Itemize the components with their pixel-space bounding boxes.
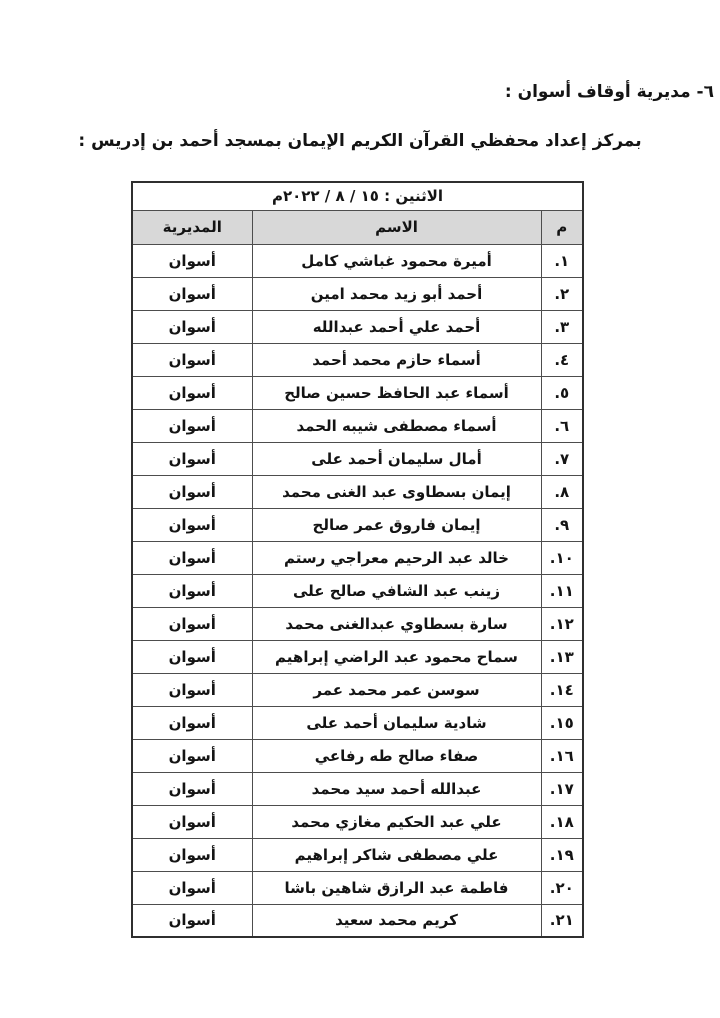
row-serial: ١٩. <box>541 838 583 871</box>
row-directorate: أسوان <box>132 640 252 673</box>
table-row: ١٦.صفاء صالح طه رفاعيأسوان <box>132 739 583 772</box>
row-name: أحمد علي أحمد عبدالله <box>252 310 541 343</box>
row-name: أسماء حازم محمد أحمد <box>252 343 541 376</box>
row-directorate: أسوان <box>132 739 252 772</box>
row-serial: ١. <box>541 244 583 277</box>
section-title: ٦- مديرية أوقاف أسوان : <box>505 82 714 102</box>
row-name: إيمان فاروق عمر صالح <box>252 508 541 541</box>
table-row: ٥.أسماء عبد الحافظ حسين صالحأسوان <box>132 376 583 409</box>
row-directorate: أسوان <box>132 541 252 574</box>
row-name: أسماء مصطفى شيبه الحمد <box>252 409 541 442</box>
row-directorate: أسوان <box>132 871 252 904</box>
table-row: ١٢.سارة بسطاوي عبدالغنى محمدأسوان <box>132 607 583 640</box>
roster-table: الاثنين : ١٥ / ٨ / ٢٠٢٢م م الاسم المديري… <box>131 181 584 938</box>
table-row: ١١.زينب عبد الشافي صالح علىأسوان <box>132 574 583 607</box>
row-name: شادية سليمان أحمد على <box>252 706 541 739</box>
row-directorate: أسوان <box>132 574 252 607</box>
row-directorate: أسوان <box>132 673 252 706</box>
table-row: ٤.أسماء حازم محمد أحمدأسوان <box>132 343 583 376</box>
row-serial: ٢. <box>541 277 583 310</box>
row-directorate: أسوان <box>132 376 252 409</box>
row-name: عبدالله أحمد سيد محمد <box>252 772 541 805</box>
table-row: ٩.إيمان فاروق عمر صالحأسوان <box>132 508 583 541</box>
row-serial: ١١. <box>541 574 583 607</box>
row-directorate: أسوان <box>132 244 252 277</box>
row-serial: ١٧. <box>541 772 583 805</box>
row-name: علي مصطفى شاكر إبراهيم <box>252 838 541 871</box>
row-name: سوسن عمر محمد عمر <box>252 673 541 706</box>
row-serial: ٩. <box>541 508 583 541</box>
table-row: ١٧.عبدالله أحمد سيد محمدأسوان <box>132 772 583 805</box>
center-subtitle: بمركز إعداد محفظي القرآن الكريم الإيمان … <box>0 131 720 151</box>
row-directorate: أسوان <box>132 904 252 937</box>
row-serial: ٧. <box>541 442 583 475</box>
row-serial: ٨. <box>541 475 583 508</box>
table-row: ٧.أمال سليمان أحمد علىأسوان <box>132 442 583 475</box>
row-directorate: أسوان <box>132 409 252 442</box>
table-row: ٦.أسماء مصطفى شيبه الحمدأسوان <box>132 409 583 442</box>
table-row: ١٨.علي عبد الحكيم مغازي محمدأسوان <box>132 805 583 838</box>
table-row: ٢.أحمد أبو زيد محمد امينأسوان <box>132 277 583 310</box>
table-row: ٣.أحمد علي أحمد عبداللهأسوان <box>132 310 583 343</box>
row-serial: ١٨. <box>541 805 583 838</box>
row-name: علي عبد الحكيم مغازي محمد <box>252 805 541 838</box>
table-row: ٨.إيمان بسطاوى عبد الغنى محمدأسوان <box>132 475 583 508</box>
row-serial: ٢٠. <box>541 871 583 904</box>
row-directorate: أسوان <box>132 508 252 541</box>
roster-table-body: ١.أميرة محمود غباشي كاملأسوان٢.أحمد أبو … <box>132 244 583 937</box>
column-header-serial: م <box>541 210 583 244</box>
row-name: فاطمة عبد الرازق شاهين باشا <box>252 871 541 904</box>
row-name: إيمان بسطاوى عبد الغنى محمد <box>252 475 541 508</box>
row-name: أمال سليمان أحمد على <box>252 442 541 475</box>
table-row: ٢٠.فاطمة عبد الرازق شاهين باشاأسوان <box>132 871 583 904</box>
row-serial: ٢١. <box>541 904 583 937</box>
row-name: سماح محمود عبد الراضي إبراهيم <box>252 640 541 673</box>
row-serial: ١٤. <box>541 673 583 706</box>
table-row: ١٠.خالد عبد الرحيم معراجي رستمأسوان <box>132 541 583 574</box>
row-directorate: أسوان <box>132 706 252 739</box>
row-name: زينب عبد الشافي صالح على <box>252 574 541 607</box>
row-directorate: أسوان <box>132 343 252 376</box>
table-row: ١٤.سوسن عمر محمد عمرأسوان <box>132 673 583 706</box>
row-directorate: أسوان <box>132 838 252 871</box>
table-row: ٢١.كريم محمد سعيدأسوان <box>132 904 583 937</box>
document-page: ٦- مديرية أوقاف أسوان : بمركز إعداد محفظ… <box>0 0 720 1018</box>
table-row: ١.أميرة محمود غباشي كاملأسوان <box>132 244 583 277</box>
row-directorate: أسوان <box>132 310 252 343</box>
row-name: صفاء صالح طه رفاعي <box>252 739 541 772</box>
row-serial: ١٠. <box>541 541 583 574</box>
row-serial: ٤. <box>541 343 583 376</box>
row-directorate: أسوان <box>132 805 252 838</box>
row-directorate: أسوان <box>132 607 252 640</box>
row-name: أميرة محمود غباشي كامل <box>252 244 541 277</box>
date-header-row: الاثنين : ١٥ / ٨ / ٢٠٢٢م <box>132 182 583 210</box>
row-name: سارة بسطاوي عبدالغنى محمد <box>252 607 541 640</box>
row-name: كريم محمد سعيد <box>252 904 541 937</box>
row-serial: ١٢. <box>541 607 583 640</box>
row-name: أحمد أبو زيد محمد امين <box>252 277 541 310</box>
row-name: خالد عبد الرحيم معراجي رستم <box>252 541 541 574</box>
row-directorate: أسوان <box>132 772 252 805</box>
row-serial: ١٣. <box>541 640 583 673</box>
row-name: أسماء عبد الحافظ حسين صالح <box>252 376 541 409</box>
column-header-name: الاسم <box>252 210 541 244</box>
row-directorate: أسوان <box>132 475 252 508</box>
table-row: ١٥.شادية سليمان أحمد علىأسوان <box>132 706 583 739</box>
column-header-row: م الاسم المديرية <box>132 210 583 244</box>
date-header-cell: الاثنين : ١٥ / ٨ / ٢٠٢٢م <box>132 182 583 210</box>
row-serial: ٣. <box>541 310 583 343</box>
row-serial: ٦. <box>541 409 583 442</box>
column-header-directorate: المديرية <box>132 210 252 244</box>
row-serial: ١٦. <box>541 739 583 772</box>
row-directorate: أسوان <box>132 442 252 475</box>
row-directorate: أسوان <box>132 277 252 310</box>
row-serial: ٥. <box>541 376 583 409</box>
table-row: ١٣.سماح محمود عبد الراضي إبراهيمأسوان <box>132 640 583 673</box>
table-row: ١٩.علي مصطفى شاكر إبراهيمأسوان <box>132 838 583 871</box>
row-serial: ١٥. <box>541 706 583 739</box>
